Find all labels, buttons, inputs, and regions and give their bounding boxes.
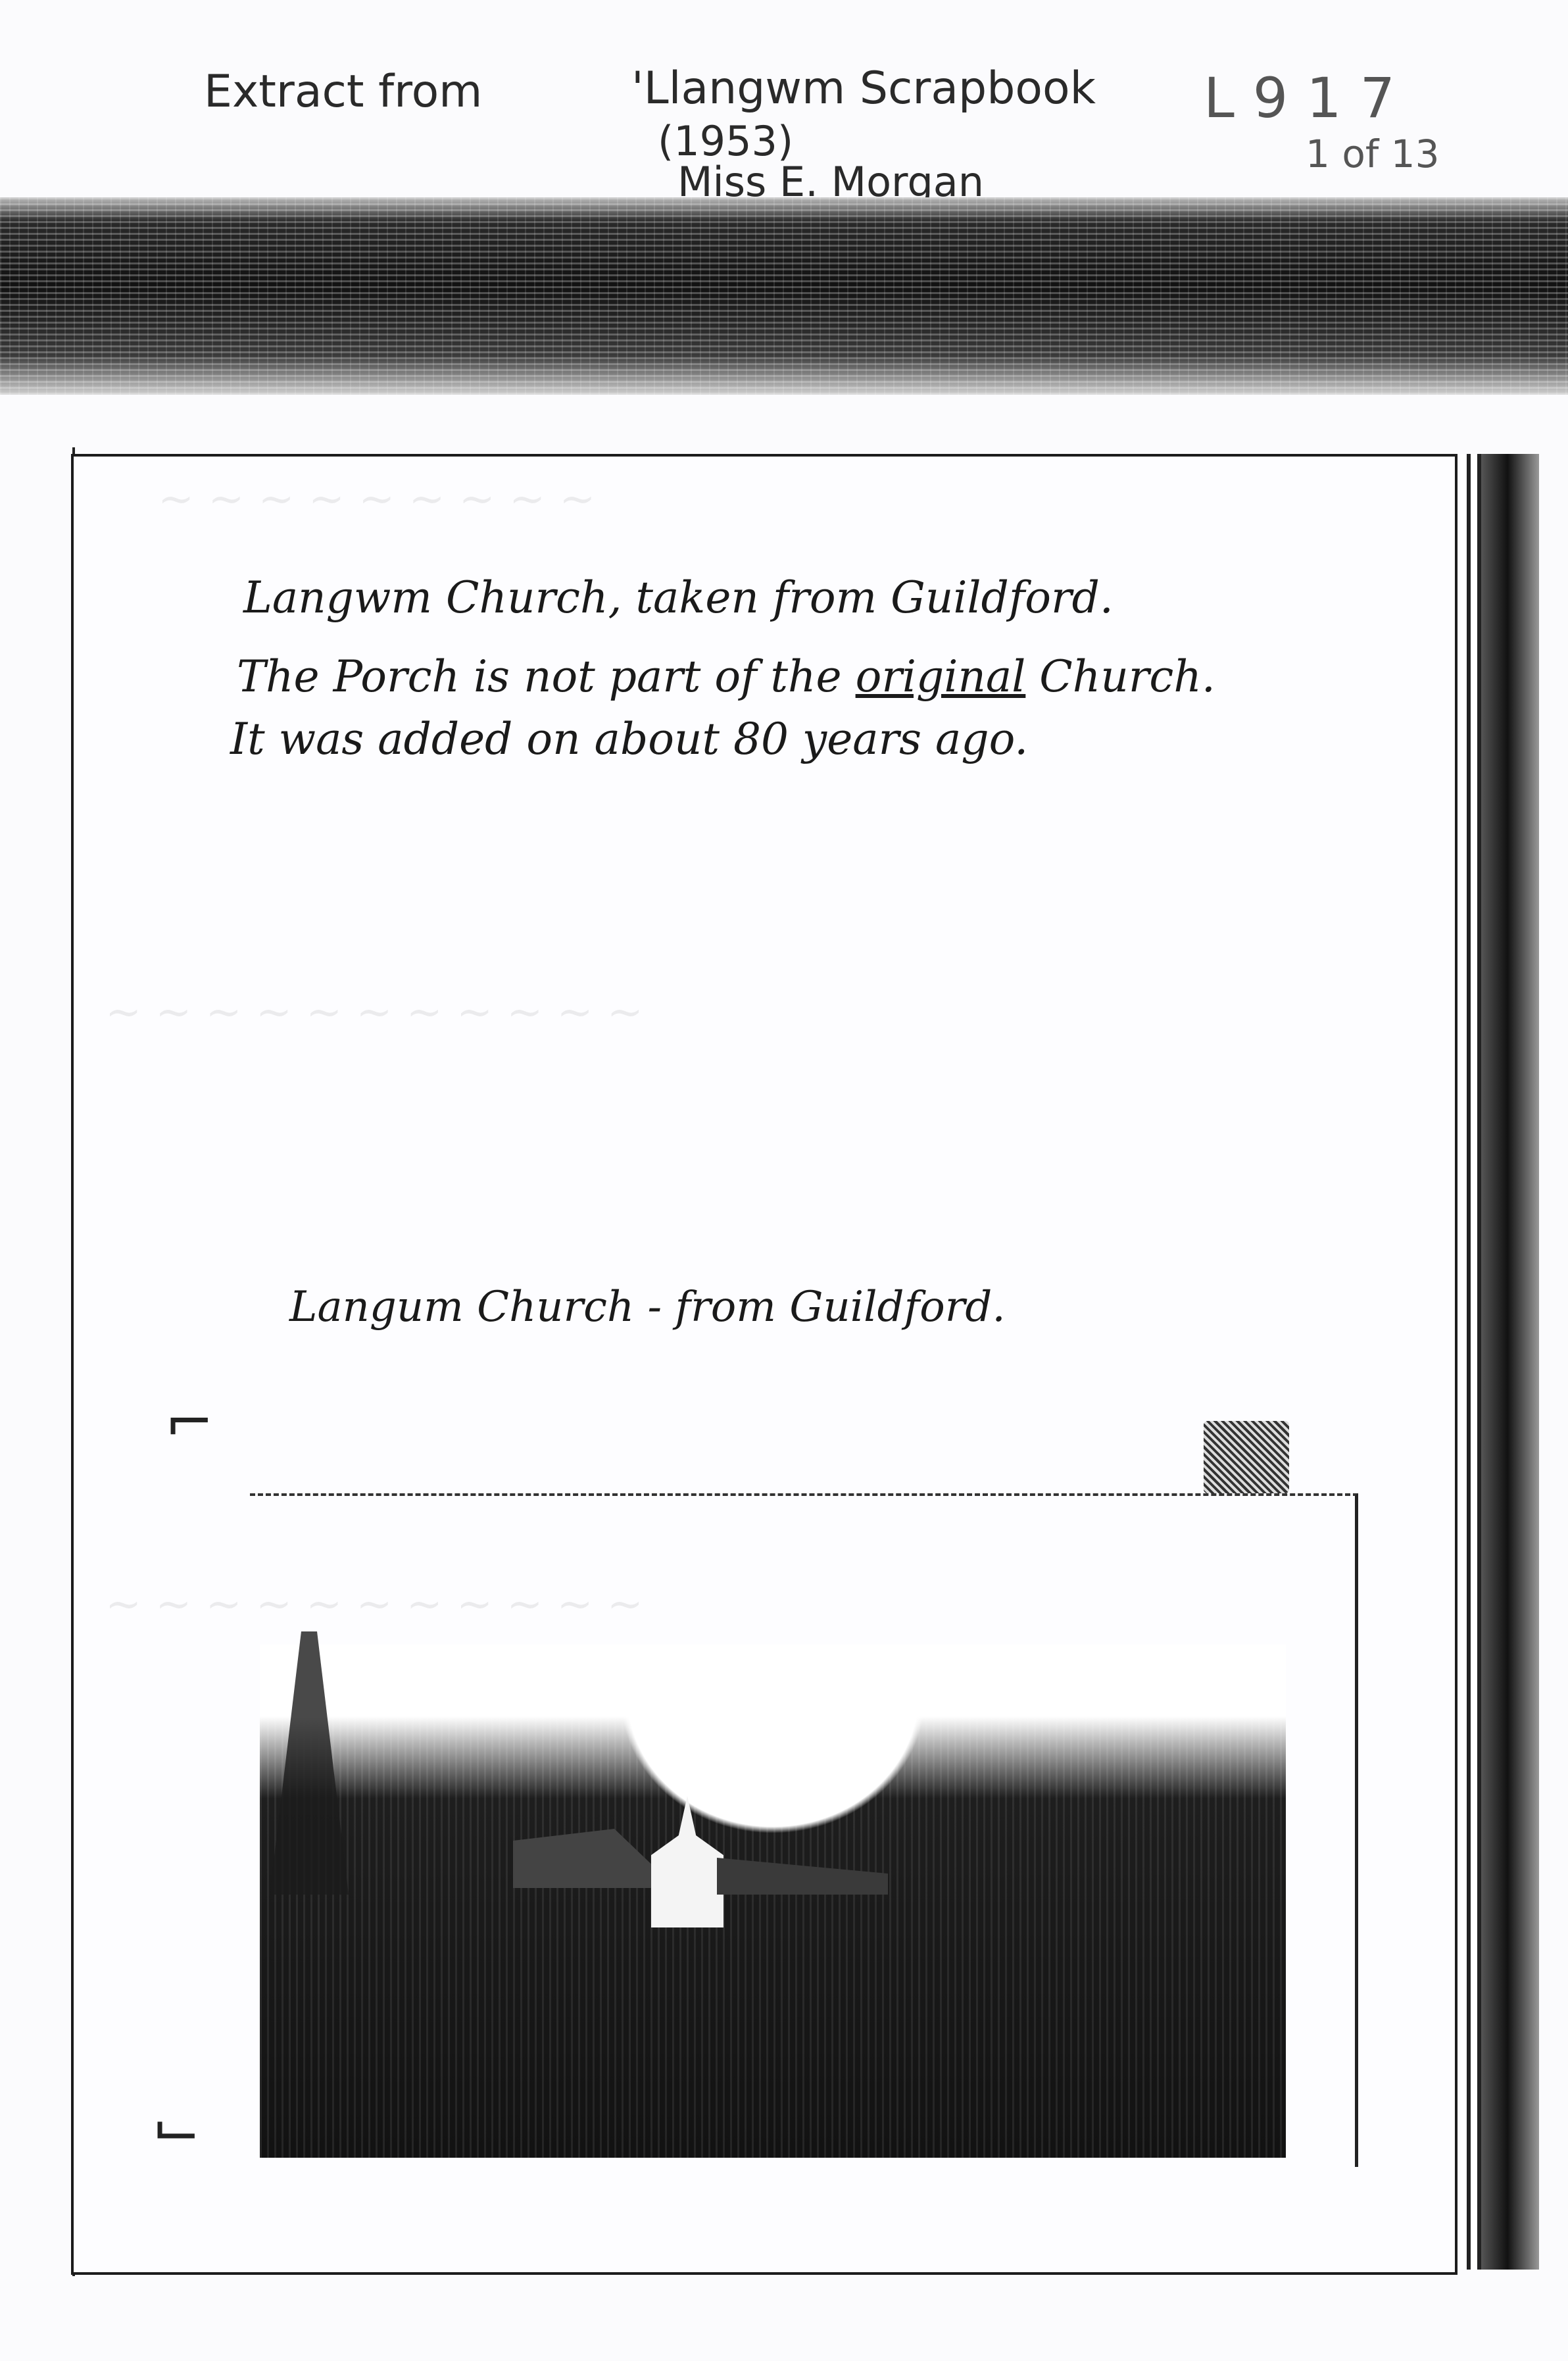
photo-caption: Langum Church - from Guildford. xyxy=(289,1283,1006,1331)
corner-mark: ⌐ xyxy=(164,1388,214,1457)
album-page-stack-edge xyxy=(1460,454,1539,2270)
caption-text: The Porch is not part of the xyxy=(237,651,856,702)
caption-text: Church. xyxy=(1025,651,1215,702)
caption-line-3: It was added on about 80 years ago. xyxy=(230,714,1028,764)
album-left-page-edge xyxy=(0,447,75,2276)
bleed-through-text: ~ ~ ~ ~ ~ ~ ~ ~ ~ ~ ~ xyxy=(105,987,643,1037)
bleed-through-text: ~ ~ ~ ~ ~ ~ ~ ~ ~ xyxy=(158,474,596,524)
photo-corner-mount xyxy=(1204,1421,1289,1493)
church-photograph xyxy=(260,1645,1286,2158)
caption-line-2: The Porch is not part of the original Ch… xyxy=(237,651,1215,702)
caption-underlined-word: original xyxy=(856,651,1026,702)
corner-mark: ⌙ xyxy=(151,2092,201,2161)
header-extract-label: Extract from xyxy=(204,66,482,118)
header-source-title: 'Llangwm Scrapbook xyxy=(631,62,1096,114)
caption-line-1: Langwm Church, taken from Guildford. xyxy=(243,572,1114,623)
page-count: 1 of 13 xyxy=(1306,132,1439,176)
photocopy-dark-band xyxy=(0,197,1568,395)
reference-code: L917 xyxy=(1204,66,1413,130)
